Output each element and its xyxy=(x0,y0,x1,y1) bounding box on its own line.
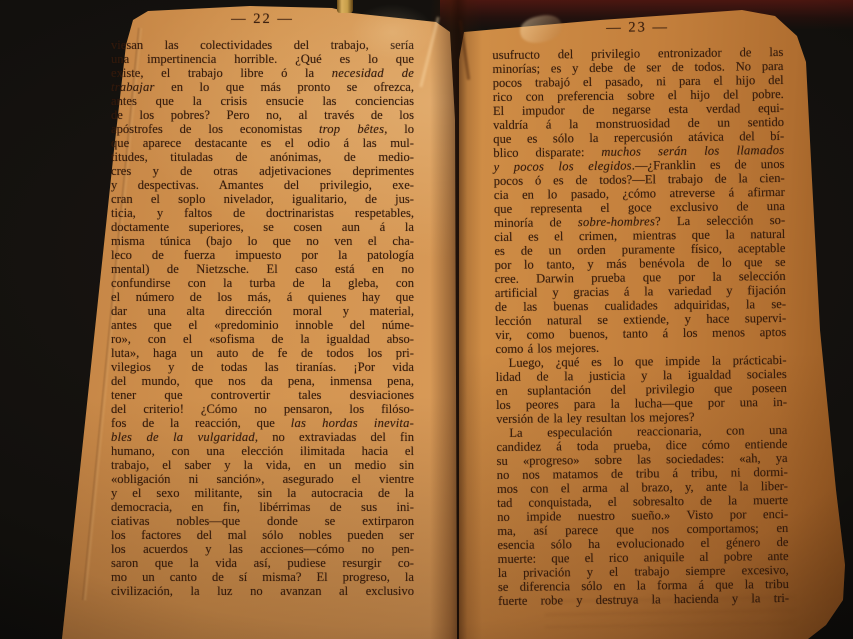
text-line: una impertinencia horrible. ¿Qué es lo q… xyxy=(111,52,414,66)
text-line: fos de la reacción, que las hordas inevi… xyxy=(111,416,414,430)
text-line: tener que controvertir tales desviacione… xyxy=(111,388,414,402)
left-page-text: — 22 — viesan las colectividades del tra… xyxy=(111,11,414,598)
left-page-body: viesan las colectividades del trabajo, s… xyxy=(111,38,414,598)
right-page-text: — 23 — usufructo del privilegio entroniz… xyxy=(492,18,789,608)
text-line: doctamente superiores, se cosen aun á la xyxy=(111,220,414,234)
text-line: cres y de otras adjetivaciones depriment… xyxy=(111,164,414,178)
text-line: ticia, y faltos de doctrinaristas respet… xyxy=(111,206,414,220)
text-line: vilegios y de todas las tiranías. ¡Por v… xyxy=(111,360,414,374)
text-line: ro», con el «sofisma de la igualdad abso… xyxy=(111,332,414,346)
text-line: apóstrofes de los economistas trop bêtes… xyxy=(111,122,414,136)
book-photo: — 22 — viesan las colectividades del tra… xyxy=(0,0,853,639)
text-line: antes que el «predominio innoble del núm… xyxy=(111,318,414,332)
text-line: mental) de Nietzsche. El caso está en no xyxy=(111,262,414,276)
text-line: de los pobres? Pero no, al través de los xyxy=(111,108,414,122)
text-line: ciativas nobles—que donde se extirparon xyxy=(111,514,414,528)
text-line: leco de fuerza impuesto por la patología xyxy=(111,248,414,262)
text-line: misma túnica (bajo lo que no ven el cha- xyxy=(111,234,414,248)
text-line: mo un canto de sí misma? El progreso, la xyxy=(111,570,414,584)
text-line: del mundo, que nos da pena, inmensa pena… xyxy=(111,374,414,388)
text-line: luta», haga un auto de fe de todos los p… xyxy=(111,346,414,360)
text-line: cran el soplo nivelador, igualitario, de… xyxy=(111,192,414,206)
text-line: y el sexo militante, sin la autocracia d… xyxy=(111,486,414,500)
text-line: humano, con una elección ilimitada hacia… xyxy=(111,444,414,458)
text-line: saron que la vida así, pudiese resurgir … xyxy=(111,556,414,570)
text-line: civilización, la luz no avanzan al exclu… xyxy=(111,584,414,598)
text-line: confundirse con la turba de la gleba, co… xyxy=(111,276,414,290)
page-number-22: — 22 — xyxy=(111,11,414,27)
page-gutter-shadow xyxy=(430,0,482,639)
text-line: que aparece destacante es el odio á las … xyxy=(111,136,414,150)
text-line: los factores del mal sólo nobles pueden … xyxy=(111,528,414,542)
text-line: existe, el trabajo libre ó la necesidad … xyxy=(111,66,414,80)
text-line: y despectivas. Amantes del privilegio, e… xyxy=(111,178,414,192)
text-line: dar una alta dirección moral y material, xyxy=(111,304,414,318)
text-line: «obligación ni sanción», asegurado el vi… xyxy=(111,472,414,486)
text-line: trabajar en lo que más pronto se ofrezca… xyxy=(111,80,414,94)
text-line: antes que la crisis ensucie las concienc… xyxy=(111,94,414,108)
text-line: viesan las colectividades del trabajo, s… xyxy=(111,38,414,52)
text-line: del criterio! ¿Cómo no pensaron, los fil… xyxy=(111,402,414,416)
text-line: bles de la vulgaridad, no extraviadas de… xyxy=(111,430,414,444)
text-line: democracia, en fin, libérrimas de sus in… xyxy=(111,500,414,514)
text-line: trabajo, el saber y la vida, en un medio… xyxy=(111,458,414,472)
right-page-body: usufructo del privilegio entronizador de… xyxy=(492,45,789,608)
text-line: titudes, tituladas de anónimas, de medio… xyxy=(111,150,414,164)
text-line: el número de los más, á quienes hay que xyxy=(111,290,414,304)
text-line: los acuerdos y las acciones—cómo no pen- xyxy=(111,542,414,556)
page-number-23: — 23 — xyxy=(492,18,783,37)
